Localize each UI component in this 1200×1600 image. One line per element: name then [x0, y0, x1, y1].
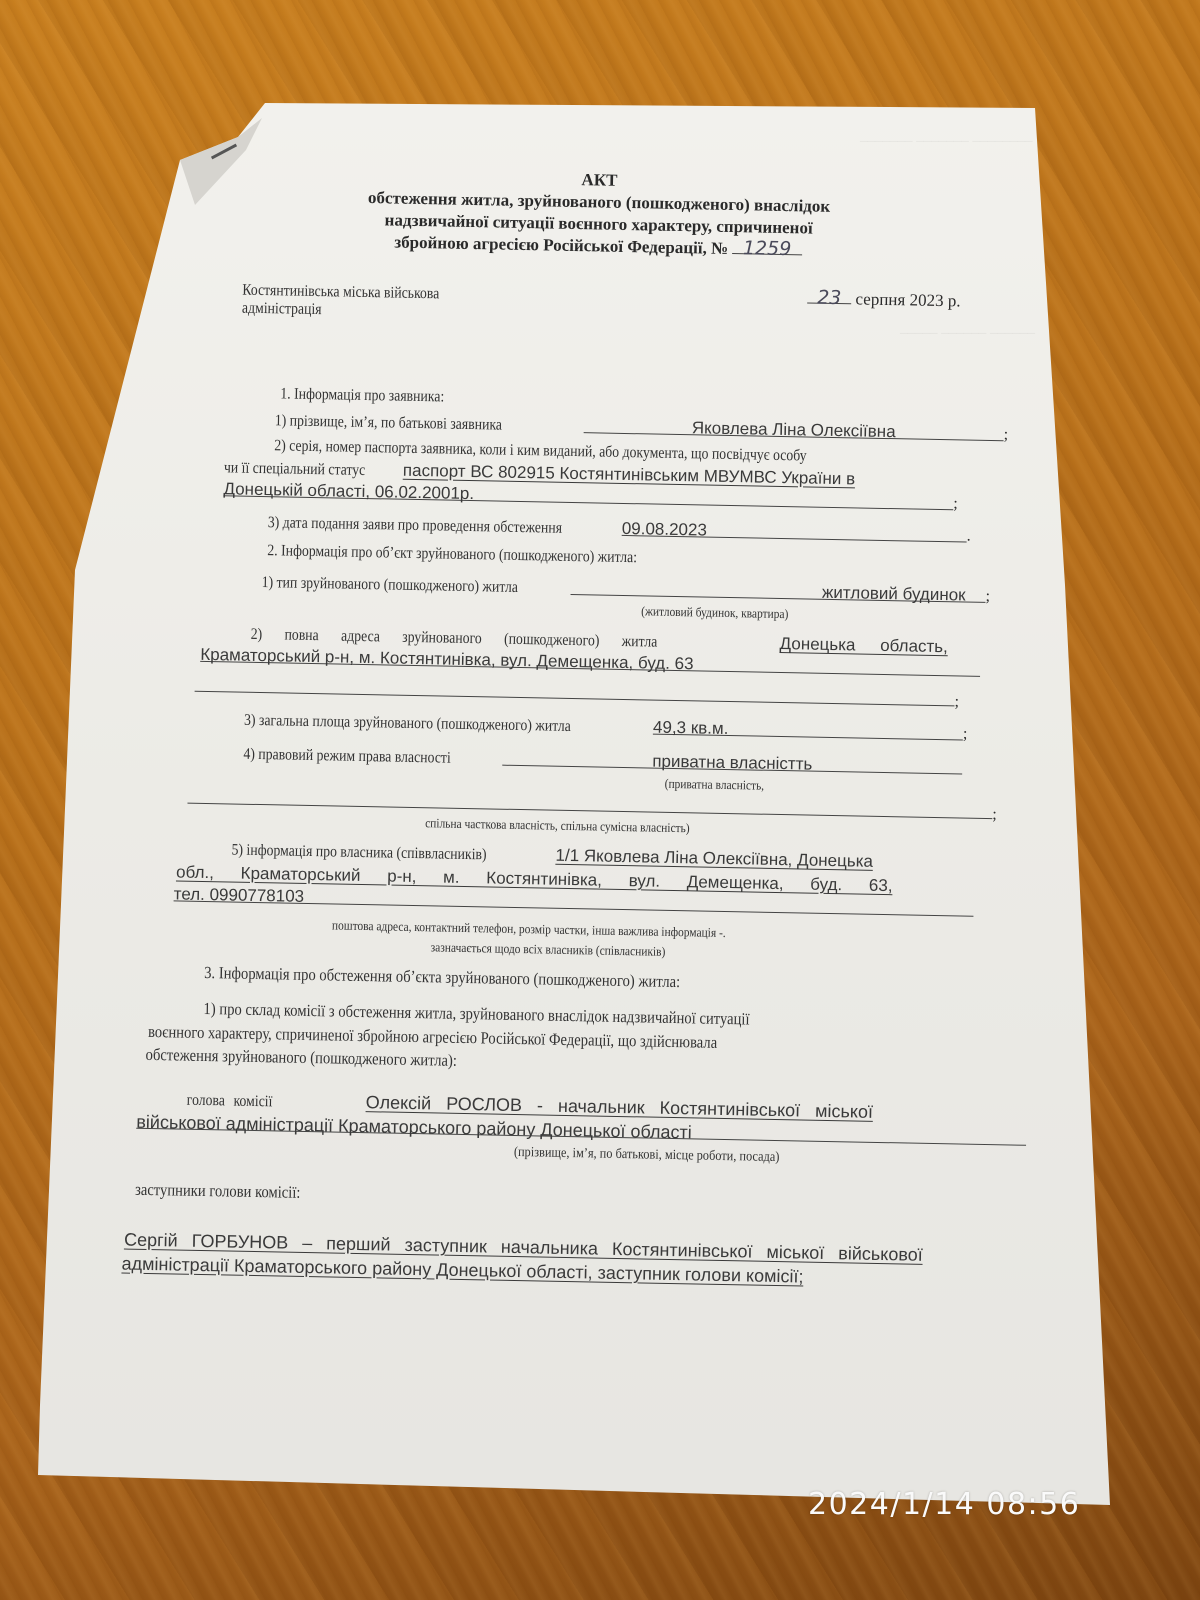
date-month-year: серпня 2023 р. [855, 289, 960, 310]
section1-heading: 1. Інформація про заявника: [280, 385, 444, 406]
chair-label: голова комісії [187, 1092, 338, 1113]
bleed-through-text: _______ _______ ________ [860, 128, 1033, 145]
issuer-line-2: адміністрація [242, 300, 322, 320]
act-date: 23 серпня 2023 р. [807, 286, 961, 311]
photo-timestamp: 2024/1/14 08:56 [808, 1487, 1080, 1522]
act-number: 1259 [732, 237, 802, 255]
bleed-through-text: _____ ______ ______ [900, 320, 1035, 337]
date-day: 23 [807, 286, 851, 304]
passport-label-2: чи її спеціальний статус [224, 459, 375, 480]
deputies-label: заступники голови комісії: [135, 1180, 301, 1203]
address-value-1: Донецька область, [779, 634, 948, 656]
housing-type-hint: (житловий будинок, квартира) [641, 603, 788, 622]
ownership-hint-1: (приватна власність, [665, 776, 765, 794]
